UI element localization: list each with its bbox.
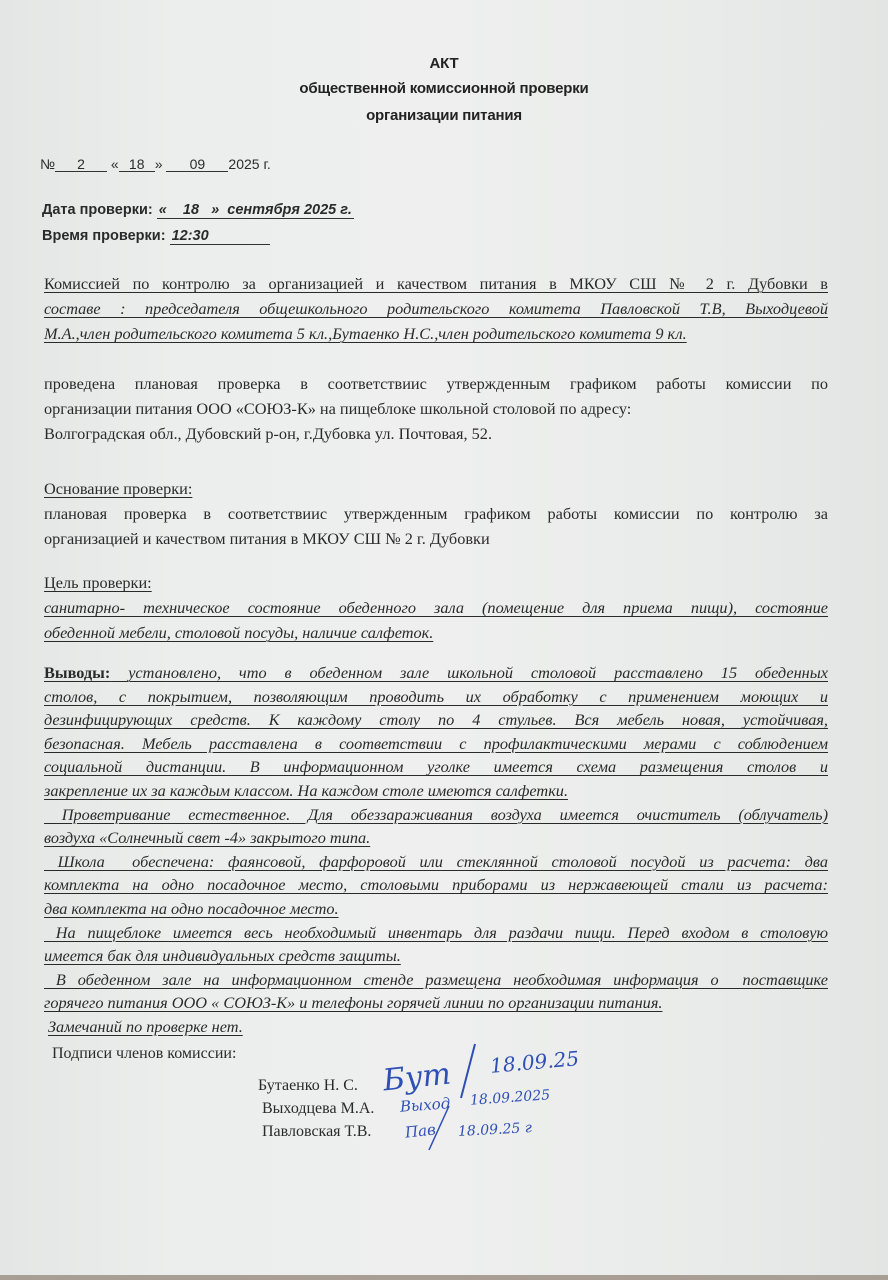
basis-heading: Основание проверки:: [44, 476, 828, 501]
conducted-line: проведена плановая проверка в соответств…: [44, 371, 828, 396]
signature-stroke-icon: [425, 1102, 455, 1152]
basis-line: плановая проверка в соответствиис утверж…: [44, 501, 828, 526]
quote-open: «: [111, 156, 119, 172]
signature-row-vykhodtseva: Выходцева М.А.: [262, 1100, 374, 1118]
conclusions-line: безопасная. Мебель расставлена в соответ…: [44, 732, 828, 756]
signature-row-pavlovskaya: Павловская Т.В.: [262, 1123, 371, 1141]
member-name: Бутаенко Н. С.: [258, 1077, 358, 1094]
purpose-heading: Цель проверки:: [44, 570, 828, 595]
signatures-label: Подписи членов комиссии:: [52, 1045, 236, 1063]
document-page: АКТ общественной комиссионной проверки о…: [0, 0, 888, 1275]
inspection-time-value: 12:30: [170, 228, 270, 245]
inspection-time-label: Время проверки:: [42, 228, 166, 244]
inspection-date-label: Дата проверки:: [42, 202, 153, 218]
basis-section: Основание проверки: плановая проверка в …: [44, 476, 828, 551]
conclusions-line: комплекта на одно посадочное место, стол…: [44, 873, 828, 897]
conclusions-line: социальной дистанции. В информационном у…: [44, 755, 828, 779]
conclusions-line: два комплекта на одно посадочное место.: [44, 897, 828, 921]
commission-line: Комиссией по контролю за организацией и …: [44, 271, 828, 296]
conducted-line: Волгоградская обл., Дубовский р-он, г.Ду…: [44, 421, 828, 446]
conclusions-line: На пищеблоке имеется весь необходимый ин…: [44, 921, 828, 945]
commission-line: М.А.,член родительского комитета 5 кл.,Б…: [44, 321, 828, 346]
inspection-date-value: « 18 » сентября 2025 г.: [157, 202, 354, 219]
purpose-line: обеденной мебели, столовой посуды, налич…: [44, 620, 828, 645]
handwritten-date: 18.09.25: [489, 1046, 580, 1078]
conclusions-line: Выводы: установлено, что в обеденном зал…: [44, 661, 828, 685]
conclusions-line: Школа обеспечена: фаянсовой, фарфоровой …: [44, 850, 828, 874]
number-sign: №: [40, 156, 55, 172]
member-name: Выходцева М.А.: [262, 1100, 374, 1117]
document-subtitle-1: общественной комиссионной проверки: [0, 80, 888, 97]
conclusions-section: Выводы: установлено, что в обеденном зал…: [44, 661, 828, 1039]
conducted-paragraph: проведена плановая проверка в соответств…: [44, 371, 828, 446]
act-day: 18: [119, 157, 155, 172]
document-title: АКТ: [0, 55, 888, 72]
handwritten-date: 18.09.25 г: [458, 1120, 533, 1140]
commission-paragraph: Комиссией по контролю за организацией и …: [44, 271, 828, 346]
conclusions-line: дезинфицирующих средств. К каждому столу…: [44, 708, 828, 732]
conducted-line: организации питания ООО «СОЮЗ-К» на пище…: [44, 396, 828, 421]
conclusions-line: Проветривание естественное. Для обеззара…: [44, 803, 828, 827]
conclusions-heading: Выводы:: [44, 663, 110, 682]
signature-row-butaenko: Бутаенко Н. С.: [258, 1077, 358, 1095]
conclusions-text: установлено, что в обеденном зале школьн…: [128, 663, 828, 682]
act-number: 2: [55, 157, 107, 172]
act-month: 09: [166, 157, 228, 172]
commission-line: составе : председателя общешкольного род…: [44, 296, 828, 321]
inspection-date-row: Дата проверки: « 18 » сентября 2025 г.: [42, 202, 354, 218]
act-year: 2025 г.: [228, 156, 270, 172]
table-surface: [0, 1275, 888, 1280]
conclusions-line: воздуха «Солнечный свет -4» закрытого ти…: [44, 826, 828, 850]
inspection-time-row: Время проверки: 12:30: [42, 228, 270, 245]
conclusions-line: закрепление их за каждым классом. На каж…: [44, 779, 828, 803]
conclusions-line: столов, с покрытием, позволяющим проводи…: [44, 685, 828, 709]
document-subtitle-2: организации питания: [0, 107, 888, 124]
basis-line: организацией и качеством питания в МКОУ …: [44, 526, 828, 551]
conclusions-line: имеется бак для индивидуальных средств з…: [44, 944, 828, 968]
purpose-line: санитарно- техническое состояние обеденн…: [44, 595, 828, 620]
conclusions-line: В обеденном зале на информационном стенд…: [44, 968, 828, 992]
purpose-section: Цель проверки: санитарно- техническое со…: [44, 570, 828, 645]
conclusions-line: горячего питания ООО « СОЮЗ-К» и телефон…: [44, 991, 828, 1015]
member-name: Павловская Т.В.: [262, 1123, 371, 1140]
quote-close: »: [155, 156, 163, 172]
act-number-line: №2 «18» 092025 г.: [40, 156, 271, 172]
handwritten-signature: Бут: [381, 1057, 452, 1099]
conclusions-line: Замечаний по проверке нет.: [44, 1015, 828, 1039]
